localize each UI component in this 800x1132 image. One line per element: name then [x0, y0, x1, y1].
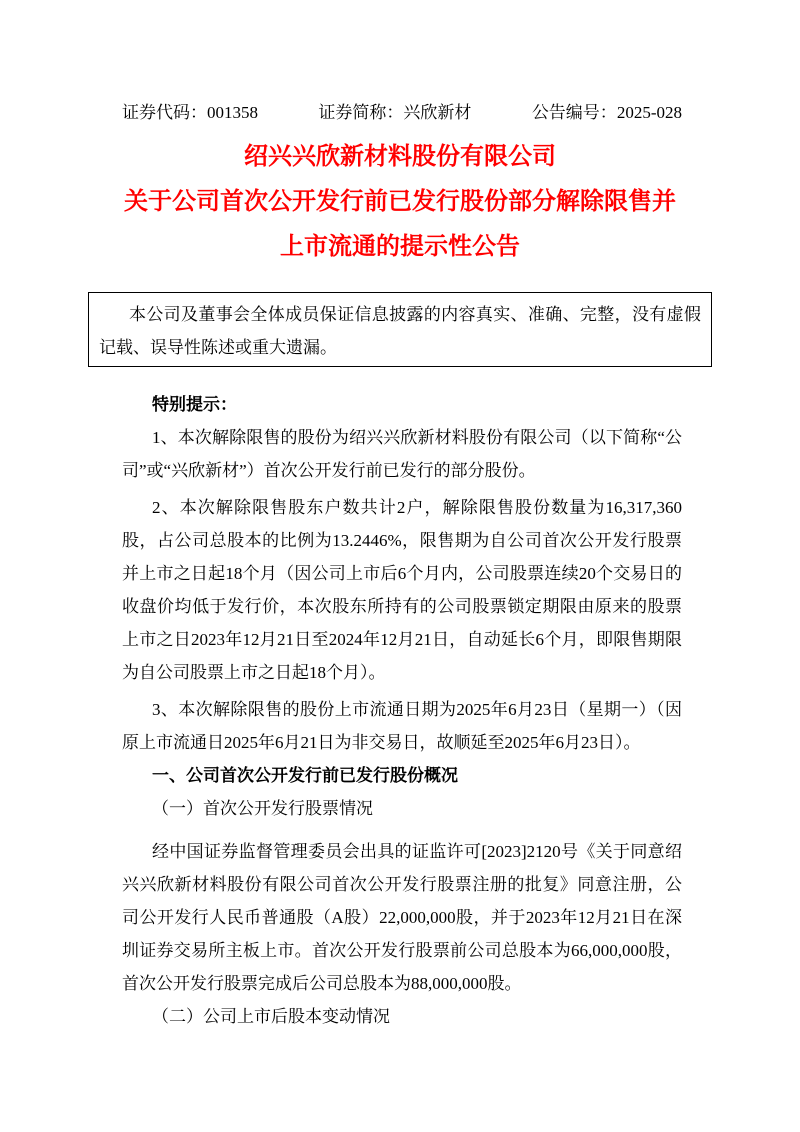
- special-notice-item-3: 3、本次解除限售的股份上市流通日期为2025年6月23日（星期一）（因原上市流通…: [122, 693, 682, 759]
- announcement-no-value: 2025-028: [617, 103, 682, 122]
- stock-code: 证券代码：001358: [122, 102, 258, 123]
- disclaimer-box: 本公司及董事会全体成员保证信息披露的内容真实、准确、完整，没有虚假记载、误导性陈…: [88, 292, 712, 367]
- doc-header: 证券代码：001358 证券简称：兴欣新材 公告编号：2025-028: [122, 0, 682, 123]
- special-notice-item-2: 2、本次解除限售股东户数共计2户，解除限售股份数量为16,317,360股，占公…: [122, 491, 682, 689]
- announcement-document: 证券代码：001358 证券简称：兴欣新材 公告编号：2025-028 绍兴兴欣…: [0, 0, 800, 1132]
- page-title-subject-line1: 关于公司首次公开发行前已发行股份部分解除限售并: [0, 180, 800, 225]
- disclaimer-text: 本公司及董事会全体成员保证信息披露的内容真实、准确、完整，没有虚假记载、误导性陈…: [99, 298, 701, 364]
- stock-code-label: 证券代码：: [122, 103, 207, 122]
- announcement-no-label: 公告编号：: [532, 103, 617, 122]
- stock-abbr: 证券简称：兴欣新材: [318, 102, 471, 123]
- stock-abbr-label: 证券简称：: [318, 103, 403, 122]
- announcement-no: 公告编号：2025-028: [532, 102, 682, 123]
- page-title-company: 绍兴兴欣新材料股份有限公司: [0, 135, 800, 180]
- stock-abbr-value: 兴欣新材: [403, 103, 471, 122]
- special-notice-item-1: 1、本次解除限售的股份为绍兴兴欣新材料股份有限公司（以下简称“公司”或“兴欣新材…: [122, 421, 682, 487]
- section1-heading: 一、公司首次公开发行前已发行股份概况: [122, 759, 682, 792]
- doc-body: 特别提示： 1、本次解除限售的股份为绍兴兴欣新材料股份有限公司（以下简称“公司”…: [122, 388, 682, 1033]
- page-title: 绍兴兴欣新材料股份有限公司 关于公司首次公开发行前已发行股份部分解除限售并 上市…: [0, 135, 800, 270]
- section1-sub2-heading: （二）公司上市后股本变动情况: [122, 1000, 682, 1033]
- section1-sub1-heading: （一）首次公开发行股票情况: [122, 792, 682, 825]
- section1-sub1-paragraph: 经中国证券监督管理委员会出具的证监许可[2023]2120号《关于同意绍兴兴欣新…: [122, 835, 682, 1000]
- special-notice-heading: 特别提示：: [122, 388, 682, 421]
- page-title-subject-line2: 上市流通的提示性公告: [0, 225, 800, 270]
- stock-code-value: 001358: [207, 103, 258, 122]
